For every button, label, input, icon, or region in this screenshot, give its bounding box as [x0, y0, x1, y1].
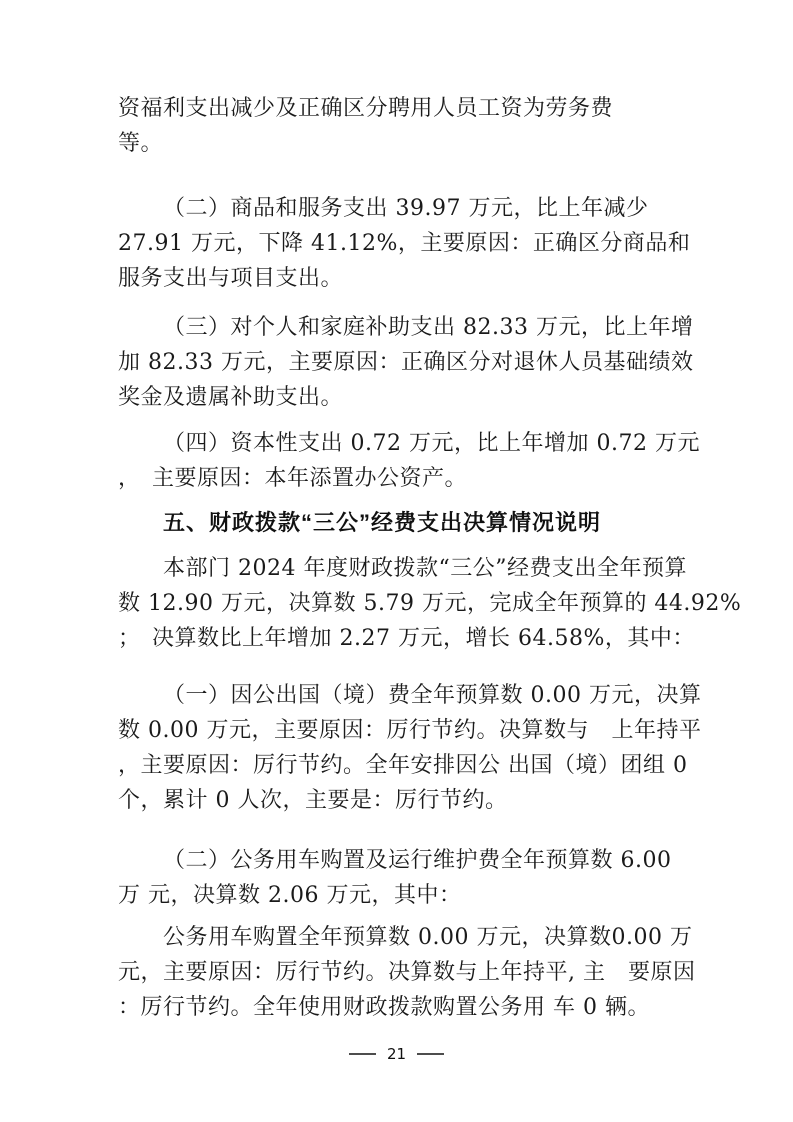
text-line: 元，主要原因：厉行节约。决算数与上年持平, 主 要原因: [118, 955, 678, 990]
text-line: 资福利支出减少及正确区分聘用人员工资为劳务费: [118, 91, 678, 126]
text-line: 数 12.90 万元，决算数 5.79 万元，完成全年预算的 44.92%: [118, 586, 678, 621]
text-line: 本部门 2024 年度财政拨款“三公”经费支出全年预算: [118, 551, 678, 586]
paragraph-capital-expenditure: （四）资本性支出 0.72 万元，比上年增加 0.72 万元 ， 主要原因：本年…: [118, 426, 678, 496]
footer-dash-right-icon: [417, 1053, 444, 1055]
text-line: ， 主要原因：本年添置办公资产。: [118, 461, 678, 496]
text-line: （四）资本性支出 0.72 万元，比上年增加 0.72 万元: [118, 426, 678, 461]
text-line: 等。: [118, 126, 678, 161]
text-line: ； 决算数比上年增加 2.27 万元，增长 64.58%，其中：: [118, 621, 678, 656]
text-line: 公务用车购置全年预算数 0.00 万元，决算数0.00 万: [118, 920, 678, 955]
text-line: （二）公务用车购置及运行维护费全年预算数 6.00: [118, 843, 678, 878]
paragraph-goods-services: （二）商品和服务支出 39.97 万元，比上年减少 27.91 万元，下降 41…: [118, 191, 678, 296]
paragraph-continuation: 资福利支出减少及正确区分聘用人员工资为劳务费 等。: [118, 91, 678, 161]
paragraph-official-vehicles: （二）公务用车购置及运行维护费全年预算数 6.00 万 元，决算数 2.06 万…: [118, 843, 678, 913]
text-line: 27.91 万元，下降 41.12%，主要原因：正确区分商品和: [118, 226, 678, 261]
text-line: （三）对个人和家庭补助支出 82.33 万元，比上年增: [118, 310, 678, 345]
paragraph-individual-family-subsidy: （三）对个人和家庭补助支出 82.33 万元，比上年增 加 82.33 万元，主…: [118, 310, 678, 415]
paragraph-overseas-trips: （一）因公出国（境）费全年预算数 0.00 万元，决算 数 0.00 万元，主要…: [118, 678, 678, 818]
paragraph-three-public-overview: 本部门 2024 年度财政拨款“三公”经费支出全年预算 数 12.90 万元，决…: [118, 551, 678, 656]
text-line: ：厉行节约。全年使用财政拨款购置公务用 车 0 辆。: [118, 990, 678, 1025]
text-line: （一）因公出国（境）费全年预算数 0.00 万元，决算: [118, 678, 678, 713]
section-heading: 五、财政拨款“三公”经费支出决算情况说明: [118, 505, 678, 540]
text-line: ，主要原因：厉行节约。全年安排因公 出国（境）团组 0: [118, 748, 678, 783]
text-line: 个，累计 0 人次，主要是：厉行节约。: [118, 783, 678, 818]
footer-dash-left-icon: [349, 1053, 376, 1055]
document-body: 资福利支出减少及正确区分聘用人员工资为劳务费 等。 （二）商品和服务支出 39.…: [118, 91, 678, 1025]
page-number: 21: [387, 1044, 406, 1064]
page-footer: 21: [0, 1043, 793, 1064]
text-line: 加 82.33 万元，主要原因：正确区分对退休人员基础绩效: [118, 345, 678, 380]
text-line: 数 0.00 万元，主要原因：厉行节约。决算数与 上年持平: [118, 713, 678, 748]
text-line: （二）商品和服务支出 39.97 万元，比上年减少: [118, 191, 678, 226]
text-line: 万 元，决算数 2.06 万元，其中：: [118, 878, 678, 913]
text-line: 奖金及遗属补助支出。: [118, 380, 678, 415]
paragraph-vehicle-purchase: 公务用车购置全年预算数 0.00 万元，决算数0.00 万 元，主要原因：厉行节…: [118, 920, 678, 1025]
document-page: 资福利支出减少及正确区分聘用人员工资为劳务费 等。 （二）商品和服务支出 39.…: [0, 0, 793, 1122]
text-line: 服务支出与项目支出。: [118, 261, 678, 296]
